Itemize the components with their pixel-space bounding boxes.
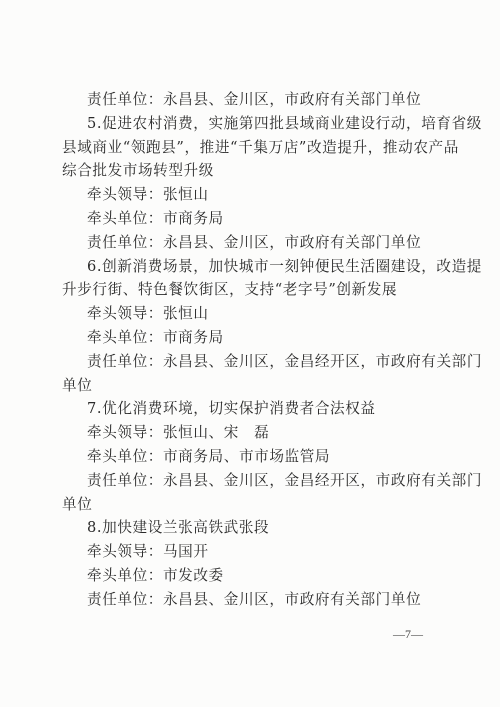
item-5-lead-leader: 牵头领导：张恒山 — [62, 183, 434, 207]
item-5-lead-unit: 牵头单位：市商务局 — [62, 207, 434, 231]
item-8-responsible-units: 责任单位：永昌县、金川区，市政府有关部门单位 — [62, 588, 434, 612]
item-6-responsible-units: 责任单位：永昌县、金川区，金昌经开区，市政府有关部门 — [62, 350, 434, 374]
item-8-lead-unit: 牵头单位：市发改委 — [62, 564, 434, 588]
item-7-lead-unit: 牵头单位：市商务局、市市场监管局 — [62, 445, 434, 469]
item-6-responsible-units-cont: 单位 — [62, 374, 434, 398]
item-6-lead-unit: 牵头单位：市商务局 — [62, 326, 434, 350]
page-number: —7— — [393, 627, 423, 642]
document-page: 责任单位：永昌县、金川区，市政府有关部门单位 5.促进农村消费，实施第四批县域商… — [0, 0, 500, 707]
item-5-responsible-units: 责任单位：永昌县、金川区，市政府有关部门单位 — [62, 231, 434, 255]
item-7-lead-leader: 牵头领导：张恒山、宋 磊 — [62, 421, 434, 445]
item-5-heading-cont: 县域商业“领跑县”，推进“千集万店”改造提升，推动农产品 — [62, 136, 434, 160]
responsible-units-line: 责任单位：永昌县、金川区，市政府有关部门单位 — [62, 88, 434, 112]
item-6-lead-leader: 牵头领导：张恒山 — [62, 302, 434, 326]
item-6-heading-cont: 升步行街、特色餐饮街区，支持“老字号”创新发展 — [62, 278, 434, 302]
item-7-responsible-units: 责任单位：永昌县、金川区，金昌经开区，市政府有关部门 — [62, 469, 434, 493]
item-5-heading-cont: 综合批发市场转型升级 — [62, 159, 434, 183]
item-7-heading: 7.优化消费环境，切实保护消费者合法权益 — [62, 397, 434, 421]
item-8-lead-leader: 牵头领导：马国开 — [62, 540, 434, 564]
item-8-heading: 8.加快建设兰张高铁武张段 — [62, 516, 434, 540]
item-5-heading: 5.促进农村消费，实施第四批县域商业建设行动，培育省级 — [62, 112, 434, 136]
document-body: 责任单位：永昌县、金川区，市政府有关部门单位 5.促进农村消费，实施第四批县域商… — [62, 88, 434, 612]
item-6-heading: 6.创新消费场景，加快城市一刻钟便民生活圈建设，改造提 — [62, 255, 434, 279]
item-7-responsible-units-cont: 单位 — [62, 493, 434, 517]
